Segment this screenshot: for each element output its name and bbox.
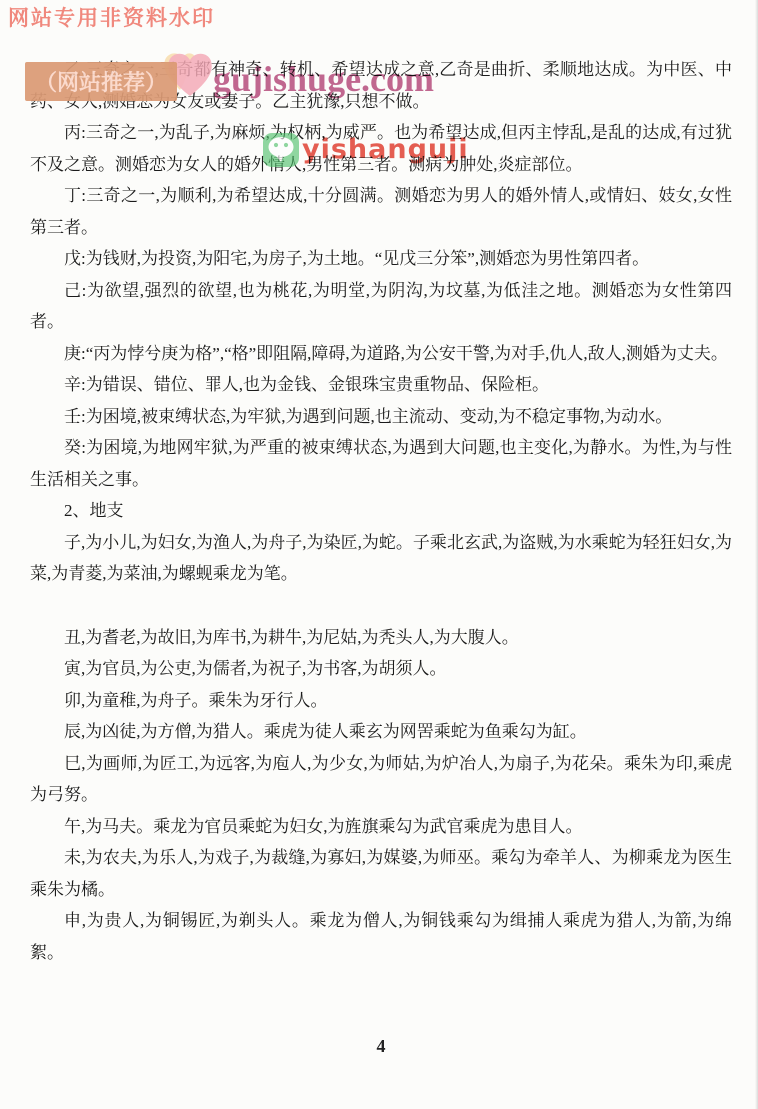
paragraph: 壬:为困境,被束缚状态,为牢狱,为遇到问题,也主流动、变动,为不稳定事物,为动水… (30, 401, 732, 433)
site-recommend-badge: （网站推荐） (25, 62, 177, 101)
site-recommend-badge-label: （网站推荐） (35, 66, 167, 97)
page-number: 4 (30, 1036, 732, 1057)
paragraph: 辛:为错误、错位、罪人,也为金钱、金银珠宝贵重物品、保险柜。 (30, 369, 732, 401)
gujishuge-watermark: gujishuge.com (213, 58, 434, 100)
paragraph: 巳,为画师,为匠工,为远客,为庖人,为少女,为师姑,为炉冶人,为扇子,为花朵。乘… (30, 748, 732, 811)
paragraph: 癸:为困境,为地网牢狱,为严重的被束缚状态,为遇到大问题,也主变化,为静水。为性… (30, 432, 732, 495)
yishanguji-watermark: yishanguji (302, 134, 469, 165)
paragraph: 午,为马夫。乘龙为官员乘蛇为妇女,为旌旗乘勾为武官乘虎为患目人。 (30, 811, 732, 843)
scanned-book-page: 网站专用非资料水印 （网站推荐） gujishuge.com yishanguj… (0, 0, 758, 1109)
wechat-icon (262, 132, 300, 173)
paragraph: 子,为小儿,为妇女,为渔人,为舟子,为染匠,为蛇。子乘北玄武,为盗贼,为水乘蛇为… (30, 527, 732, 590)
paragraph: 寅,为官员,为公吏,为儒者,为祝子,为书客,为胡须人。 (30, 653, 732, 685)
top-watermark-text: 网站专用非资料水印 (8, 2, 215, 32)
paragraph: 申,为贵人,为铜锡匠,为剃头人。乘龙为僧人,为铜钱乘勾为缉捕人乘虎为猎人,为箭,… (30, 905, 732, 968)
paragraph: 未,为农夫,为乐人,为戏子,为裁缝,为寡妇,为媒婆,为师巫。乘勾为牵羊人、为柳乘… (30, 842, 732, 905)
paragraph: 庚:“丙为悖兮庚为格”,“格”即阻隔,障碍,为道路,为公安干警,为对手,仇人,敌… (30, 338, 732, 370)
section-heading: 2、地支 (30, 495, 732, 527)
paragraph: 卯,为童稚,为舟子。乘朱为牙行人。 (30, 685, 732, 717)
paragraph: 辰,为凶徒,为方僧,为猎人。乘虎为徒人乘玄为网罟乘蛇为鱼乘勾为缸。 (30, 716, 732, 748)
paragraph: 己:为欲望,强烈的欲望,也为桃花,为明堂,为阴沟,为坟墓,为低洼之地。测婚恋为女… (30, 275, 732, 338)
document-body: 乙,三奇之一,三奇都有神奇、转机、希望达成之意,乙奇是曲折、柔顺地达成。为中医、… (30, 54, 732, 968)
paragraph: 戊:为钱财,为投资,为阳宅,为房子,为土地。“见戊三分笨”,测婚恋为男性第四者。 (30, 243, 732, 275)
paragraph: 丁:三奇之一,为顺利,为希望达成,十分圆满。测婚恋为男人的婚外情人,或情妇、妓女… (30, 180, 732, 243)
paragraph: 丑,为耆老,为故旧,为库书,为耕牛,为尼姑,为秃头人,为大腹人。 (30, 622, 732, 654)
